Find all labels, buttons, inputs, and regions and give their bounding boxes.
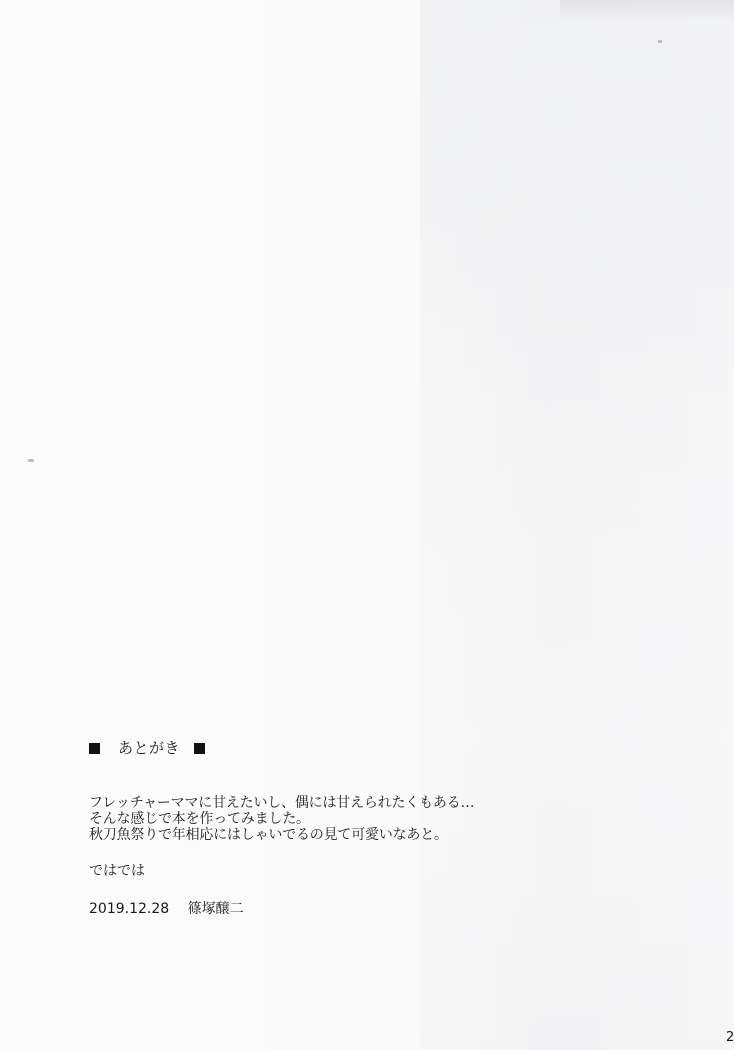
signature-author: 篠塚醸二 [188,901,244,917]
afterword-closing: ではでは [89,862,145,880]
signature-date: 2019.12.28 [89,901,169,917]
afterword-body: フレッチャーママに甘えたいし、偶には甘えられたくもある… そんな感じで本を作って… [89,795,474,843]
square-bullet-icon [194,743,205,754]
page: あとがき フレッチャーママに甘えたいし、偶には甘えられたくもある… そんな感じで… [0,0,734,1050]
paper-shading [420,0,734,1050]
scan-speck [28,459,34,462]
afterword-line: そんな感じで本を作ってみました。 [89,811,474,827]
afterword-heading: あとがき [89,738,205,758]
signature: 2019.12.28 篠塚醸二 [89,900,244,918]
afterword-title: あとがき [118,738,180,758]
afterword-line: フレッチャーママに甘えたいし、偶には甘えられたくもある… [89,795,474,811]
afterword-line: 秋刀魚祭りで年相応にはしゃいでるの見て可愛いなあと。 [89,827,474,843]
scan-speck [658,40,662,43]
paper-shading-top [560,0,734,20]
square-bullet-icon [89,743,100,754]
page-number: 2 [726,1030,734,1046]
afterword-heading-block: あとがき [89,738,205,758]
